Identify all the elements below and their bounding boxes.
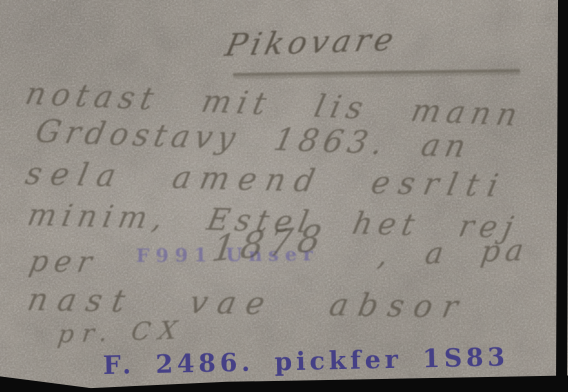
scanned-note-card: Pikovare notast mit lis mann Grdostavy 1… bbox=[0, 0, 568, 392]
handwritten-title: Pikovare bbox=[222, 22, 400, 64]
handwritten-line-5-right: , a pa bbox=[376, 233, 531, 273]
handwritten-line-5-left: per bbox=[27, 244, 101, 279]
scan-edge-right bbox=[556, 0, 568, 392]
handwritten-line-7: pr. CX bbox=[56, 316, 187, 349]
